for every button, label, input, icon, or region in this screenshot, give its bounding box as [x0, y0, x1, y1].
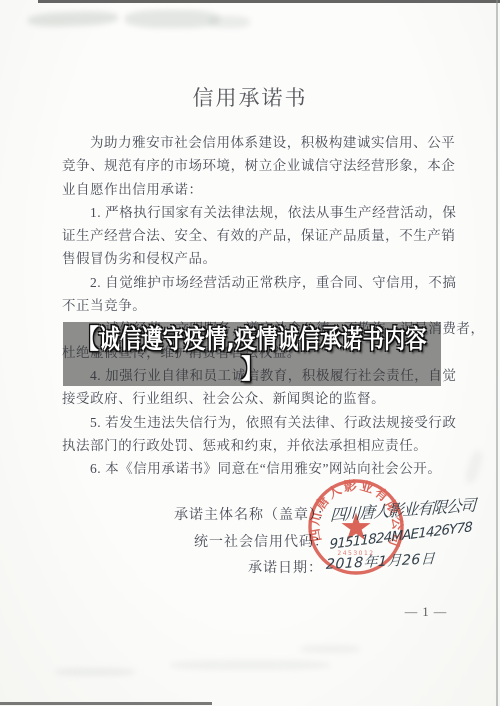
overlay-banner-text-line1: 【诚信遵守疫情,疫情诚信承诺书内容 — [77, 325, 426, 356]
bleedthrough-smudge — [300, 645, 360, 653]
body-text: 为助力雅安市社会信用体系建设，积极构建诚实信用、公平竞争、规范有序的市场环境，树… — [62, 131, 446, 480]
bleedthrough-smudge — [28, 10, 118, 27]
overlay-banner-text-line2: 】 — [241, 356, 262, 384]
body-line: 接受政府、行业组织、社会公众、新闻舆论的监督。 — [62, 387, 446, 410]
scan-edge-top — [38, 0, 500, 3]
body-line: 2. 自觉维护市场经营活动正常秩序，重合同、守信用，不搞 — [62, 271, 446, 294]
document-title: 信用承诺书 — [0, 82, 500, 112]
page-number: — 1 — — [398, 605, 454, 620]
body-line: 竞争、规范有序的市场环境，树立企业诚信守法经营形象，本企 — [62, 154, 446, 177]
bleedthrough-smudge — [208, 16, 250, 28]
scan-edge-bottom — [0, 702, 212, 705]
overlay-banner: 【诚信遵守疫情,疫情诚信承诺书内容 】 — [63, 322, 441, 386]
body-line: 1. 严格执行国家有关法律法规，依法从事生产经营活动，保 — [62, 201, 446, 224]
body-line: 5. 若发生违法失信行为，依照有关法律、行政法规接受行政 — [62, 411, 446, 434]
body-line: 为助力雅安市社会信用体系建设，积极构建诚实信用、公平 — [62, 131, 446, 154]
bleedthrough-smudge — [125, 10, 220, 28]
bleedthrough-smudge — [463, 449, 485, 485]
scanned-document-page: 信用承诺书 为助力雅安市社会信用体系建设，积极构建诚实信用、公平竞争、规范有序的… — [0, 0, 500, 706]
bleedthrough-smudge — [55, 668, 135, 676]
body-line: 业自愿作出信用承诺： — [62, 178, 446, 201]
body-line: 证生产经营合法、安全、有效的产品，保证产品质量，不生产销 — [62, 224, 446, 247]
body-line: 售假冒伪劣和侵权产品。 — [62, 247, 446, 270]
body-line: 不正当竞争。 — [62, 294, 446, 317]
bleedthrough-smudge — [170, 660, 330, 670]
body-line: 执法部门的行政处罚、惩戒和约束，并依法承担相应责任。 — [62, 434, 446, 457]
